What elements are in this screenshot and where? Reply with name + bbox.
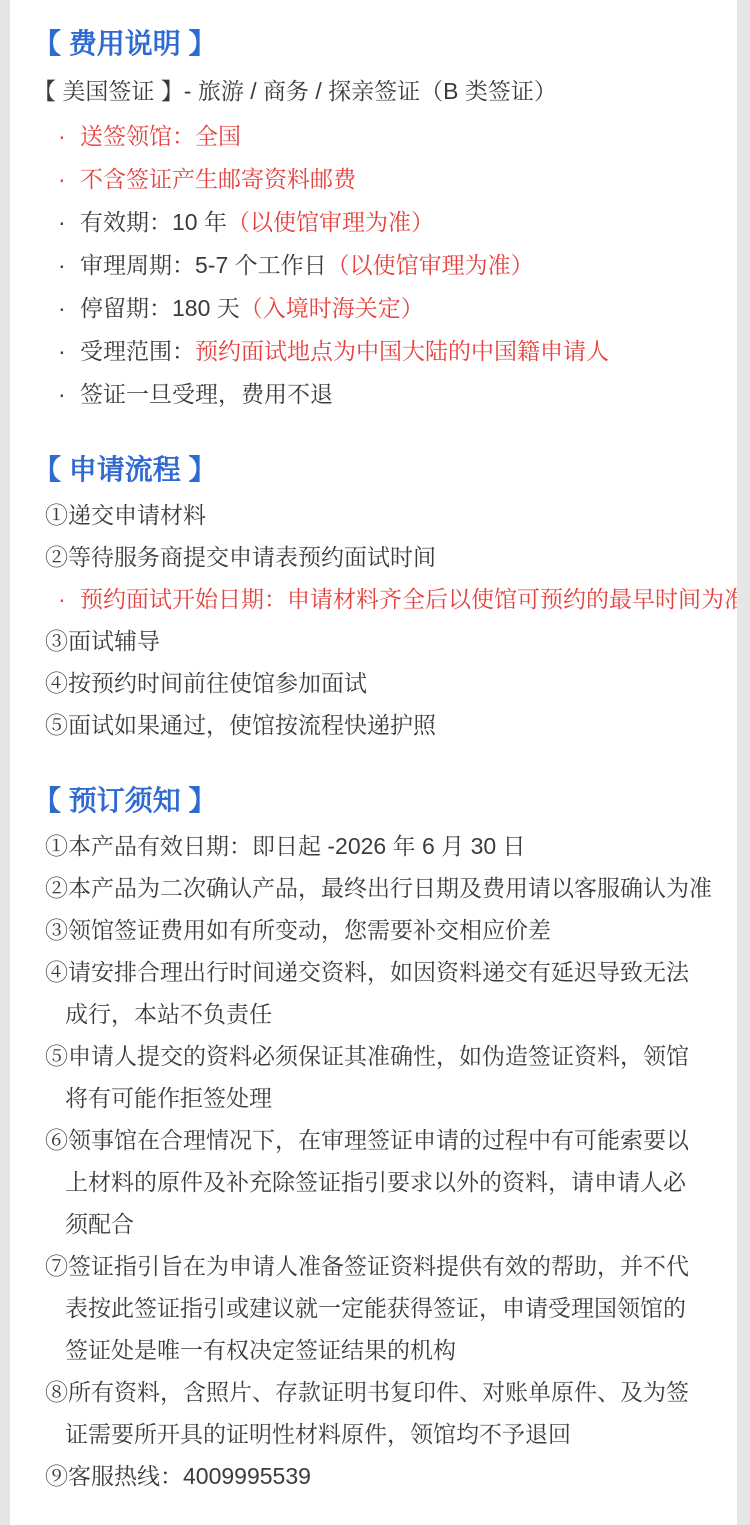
fee-item: ·停留期：180 天（入境时海关定）	[33, 287, 716, 330]
notice-number: ②	[45, 875, 68, 901]
fee-item-highlight: 不含签证产生邮寄资料邮费	[80, 166, 356, 192]
fee-item-highlight: 送签领馆：全国	[80, 123, 241, 149]
notice-line: ③领馆签证费用如有所变动，您需要补交相应价差	[33, 909, 716, 951]
step-text: 等待服务商提交申请表预约面试时间	[68, 544, 436, 570]
step-number: ②	[45, 544, 68, 570]
bullet-icon: ·	[58, 201, 80, 244]
notice-line: 签证处是唯一有权决定签证结果的机构	[33, 1329, 716, 1371]
fee-list: ·送签领馆：全国 ·不含签证产生邮寄资料邮费 ·有效期：10 年（以使馆审理为准…	[33, 115, 716, 416]
fee-item-highlight: 预约面试地点为中国大陆的中国籍申请人	[195, 338, 609, 364]
process-step: ③面试辅导	[33, 620, 716, 662]
notice-number: ⑥	[45, 1127, 68, 1153]
step-text: 面试辅导	[68, 628, 160, 654]
process-steps: ①递交申请材料 ②等待服务商提交申请表预约面试时间 ·预约面试开始日期：申请材料…	[33, 494, 716, 746]
notice-line: 证需要所开具的证明性材料原件，领馆均不予退回	[33, 1413, 716, 1455]
notice-line: 成行，本站不负责任	[33, 993, 716, 1035]
bullet-icon: ·	[58, 373, 80, 416]
notice-item: ④请安排合理出行时间递交资料，如因资料递交有延迟导致无法 成行，本站不负责任	[33, 951, 716, 1035]
notice-text: 请安排合理出行时间递交资料，如因资料递交有延迟导致无法	[68, 959, 689, 985]
fee-item: ·有效期：10 年（以使馆审理为准）	[33, 201, 716, 244]
fee-item: ·送签领馆：全国	[33, 115, 716, 158]
fee-item-label: 签证一旦受理，费用不退	[80, 381, 333, 407]
notice-number: ⑤	[45, 1043, 68, 1069]
notice-line: ⑨客服热线：4009995539	[33, 1455, 716, 1497]
fee-item-label: 有效期：10 年	[80, 209, 227, 235]
notice-item: ③领馆签证费用如有所变动，您需要补交相应价差	[33, 909, 716, 951]
notice-text: 本产品为二次确认产品，最终出行日期及费用请以客服确认为准	[68, 875, 712, 901]
notice-line: 须配合	[33, 1203, 716, 1245]
process-note: ·预约面试开始日期：申请材料齐全后以使馆可预约的最早时间为准	[33, 578, 716, 620]
notice-line: 上材料的原件及补充除签证指引要求以外的资料，请申请人必	[33, 1161, 716, 1203]
step-number: ⑤	[45, 712, 68, 738]
notice-item: ⑨客服热线：4009995539	[33, 1455, 716, 1497]
page-background: { "theme": { "blue": "#2F69D2", "red": "…	[0, 0, 750, 1525]
notice-line: 表按此签证指引或建议就一定能获得签证，申请受理国领馆的	[33, 1287, 716, 1329]
notice-text: 签证指引旨在为申请人准备签证资料提供有效的帮助，并不代	[68, 1253, 689, 1279]
notice-section-title: 【 预订须知 】	[33, 783, 716, 819]
notice-line: ⑦签证指引旨在为申请人准备签证资料提供有效的帮助，并不代	[33, 1245, 716, 1287]
notice-number: ⑨	[45, 1463, 68, 1489]
notice-item: ⑧所有资料，含照片、存款证明书复印件、对账单原件、及为签 证需要所开具的证明性材…	[33, 1371, 716, 1455]
notice-section: 【 预订须知 】 ①本产品有效日期：即日起 -2026 年 6 月 30 日 ②…	[33, 783, 716, 1497]
notice-text: 客服热线：4009995539	[68, 1463, 311, 1489]
process-step: ①递交申请材料	[33, 494, 716, 536]
fee-item-label: 受理范围：	[80, 338, 195, 364]
fee-item-highlight: （以使馆审理为准）	[227, 209, 434, 235]
bullet-icon: ·	[58, 115, 80, 158]
notice-item: ②本产品为二次确认产品，最终出行日期及费用请以客服确认为准	[33, 867, 716, 909]
fee-item: ·审理周期：5-7 个工作日（以使馆审理为准）	[33, 244, 716, 287]
notice-text: 领馆签证费用如有所变动，您需要补交相应价差	[68, 917, 551, 943]
process-step: ⑤面试如果通过，使馆按流程快递护照	[33, 704, 716, 746]
notice-number: ①	[45, 833, 68, 859]
fee-item-highlight: （以使馆审理为准）	[327, 252, 534, 278]
notice-line: ⑥领事馆在合理情况下，在审理签证申请的过程中有可能索要以	[33, 1119, 716, 1161]
step-number: ④	[45, 670, 68, 696]
product-name: 【 美国签证 】- 旅游 / 商务 / 探亲签证（B 类签证）	[33, 70, 716, 113]
process-note-text: 预约面试开始日期：申请材料齐全后以使馆可预约的最早时间为准	[80, 586, 737, 612]
fee-item: ·不含签证产生邮寄资料邮费	[33, 158, 716, 201]
process-step: ②等待服务商提交申请表预约面试时间	[33, 536, 716, 578]
notice-number: ⑦	[45, 1253, 68, 1279]
notice-text: 申请人提交的资料必须保证其准确性，如伪造签证资料，领馆	[68, 1043, 689, 1069]
bullet-icon: ·	[58, 244, 80, 287]
notice-item: ⑥领事馆在合理情况下，在审理签证申请的过程中有可能索要以 上材料的原件及补充除签…	[33, 1119, 716, 1245]
notice-text: 所有资料，含照片、存款证明书复印件、对账单原件、及为签	[68, 1379, 689, 1405]
fee-item-label: 审理周期：5-7 个工作日	[80, 252, 327, 278]
notice-number: ⑧	[45, 1379, 68, 1405]
bullet-icon: ·	[58, 578, 80, 620]
notice-line: ⑧所有资料，含照片、存款证明书复印件、对账单原件、及为签	[33, 1371, 716, 1413]
step-number: ③	[45, 628, 68, 654]
bullet-icon: ·	[58, 158, 80, 201]
notice-item: ⑦签证指引旨在为申请人准备签证资料提供有效的帮助，并不代 表按此签证指引或建议就…	[33, 1245, 716, 1371]
bullet-icon: ·	[58, 287, 80, 330]
process-step: ④按预约时间前往使馆参加面试	[33, 662, 716, 704]
notice-line: ⑤申请人提交的资料必须保证其准确性，如伪造签证资料，领馆	[33, 1035, 716, 1077]
visa-info-card: 【 费用说明 】 【 美国签证 】- 旅游 / 商务 / 探亲签证（B 类签证）…	[10, 0, 737, 1525]
notice-number: ③	[45, 917, 68, 943]
notice-item: ①本产品有效日期：即日起 -2026 年 6 月 30 日	[33, 825, 716, 867]
step-text: 按预约时间前往使馆参加面试	[68, 670, 367, 696]
notice-text: 本产品有效日期：即日起 -2026 年 6 月 30 日	[68, 833, 526, 859]
fee-section-title: 【 费用说明 】	[33, 26, 716, 62]
notice-line: ②本产品为二次确认产品，最终出行日期及费用请以客服确认为准	[33, 867, 716, 909]
notice-list: ①本产品有效日期：即日起 -2026 年 6 月 30 日 ②本产品为二次确认产…	[33, 825, 716, 1497]
fee-section: 【 费用说明 】 【 美国签证 】- 旅游 / 商务 / 探亲签证（B 类签证）…	[33, 26, 716, 416]
notice-line: ①本产品有效日期：即日起 -2026 年 6 月 30 日	[33, 825, 716, 867]
fee-item-highlight: （入境时海关定）	[240, 295, 424, 321]
notice-number: ④	[45, 959, 68, 985]
notice-line: 将有可能作拒签处理	[33, 1077, 716, 1119]
notice-line: ④请安排合理出行时间递交资料，如因资料递交有延迟导致无法	[33, 951, 716, 993]
step-text: 递交申请材料	[68, 502, 206, 528]
fee-item: ·签证一旦受理，费用不退	[33, 373, 716, 416]
notice-text: 领事馆在合理情况下，在审理签证申请的过程中有可能索要以	[68, 1127, 689, 1153]
step-text: 面试如果通过，使馆按流程快递护照	[68, 712, 436, 738]
process-section-title: 【 申请流程 】	[33, 452, 716, 488]
fee-item: ·受理范围：预约面试地点为中国大陆的中国籍申请人	[33, 330, 716, 373]
bullet-icon: ·	[58, 330, 80, 373]
notice-item: ⑤申请人提交的资料必须保证其准确性，如伪造签证资料，领馆 将有可能作拒签处理	[33, 1035, 716, 1119]
process-section: 【 申请流程 】 ①递交申请材料 ②等待服务商提交申请表预约面试时间 ·预约面试…	[33, 452, 716, 746]
fee-item-label: 停留期：180 天	[80, 295, 240, 321]
step-number: ①	[45, 502, 68, 528]
